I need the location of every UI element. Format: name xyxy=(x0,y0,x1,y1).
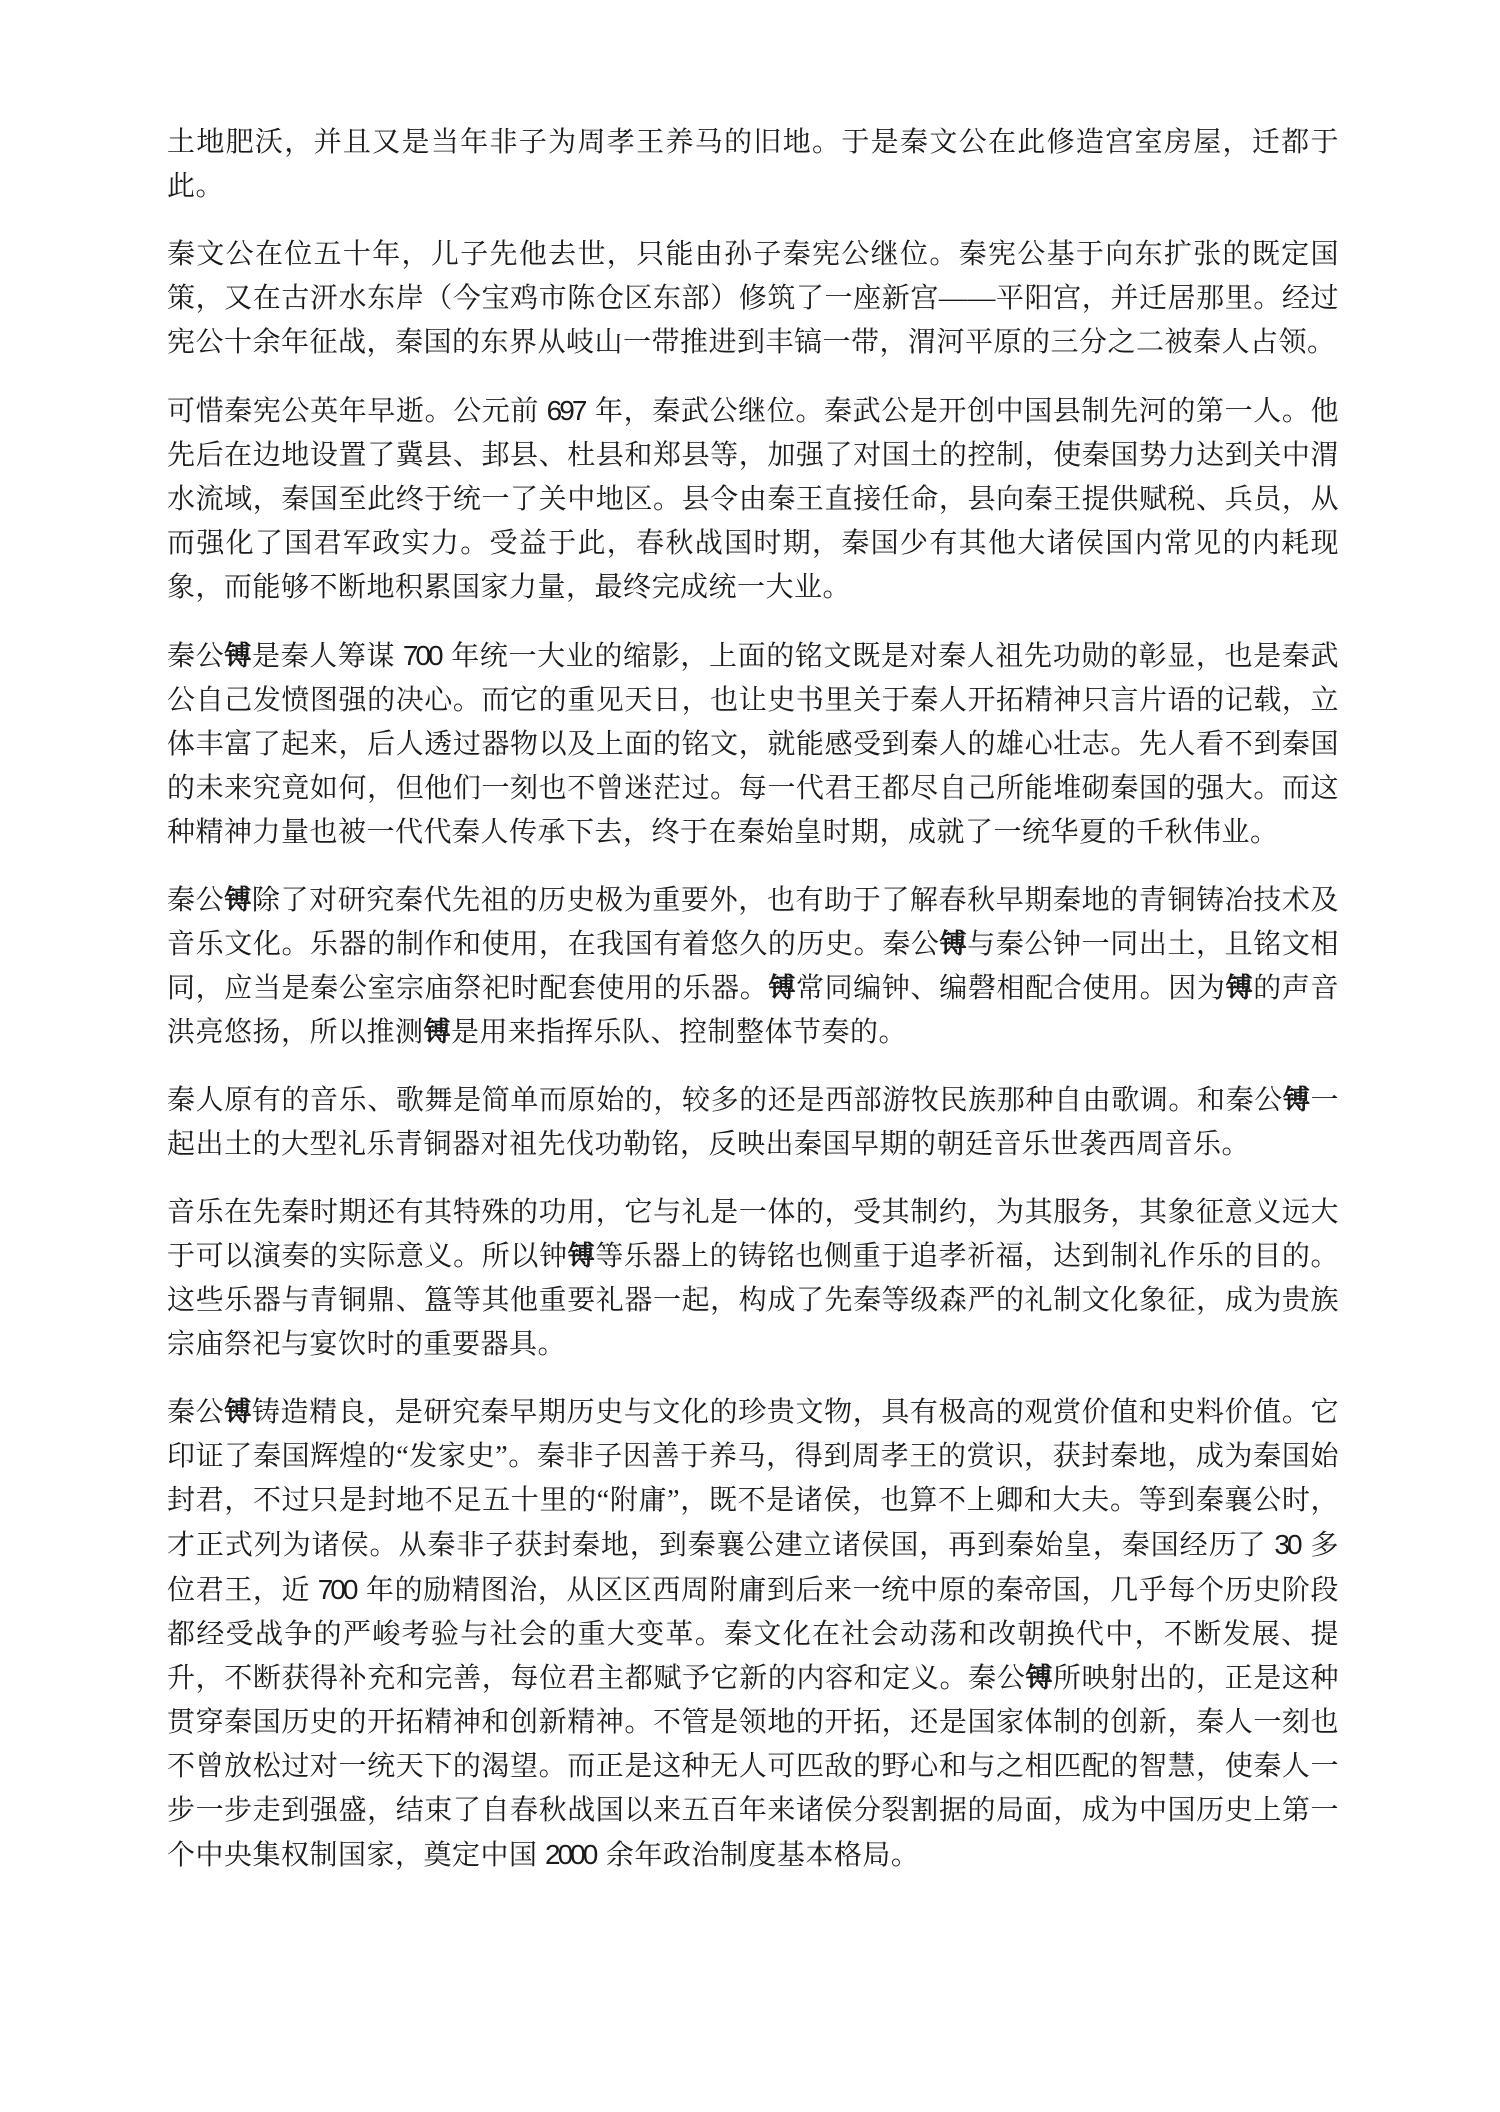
paragraph: 土地肥沃，并且又是当年非子为周孝王养马的旧地。于是秦文公在此修造宫室房屋，迁都于… xyxy=(167,121,1339,209)
paragraph: 秦公镈是秦人筹谋 700 年统一大业的缩影，上面的铭文既是对秦人祖先功勋的彰显，… xyxy=(167,634,1339,855)
paragraph: 可惜秦宪公英年早逝。公元前 697 年，秦武公继位。秦武公是开创中国县制先河的第… xyxy=(167,389,1339,610)
document-page: 土地肥沃，并且又是当年非子为周孝王养马的旧地。于是秦文公在此修造宫室房屋，迁都于… xyxy=(0,0,1500,2112)
paragraph: 秦公镈铸造精良，是研究秦早期历史与文化的珍贵文物，具有极高的观赏价值和史料价值。… xyxy=(167,1391,1339,1878)
paragraph: 秦人原有的音乐、歌舞是简单而原始的，较多的还是西部游牧民族那种自由歌调。和秦公镈… xyxy=(167,1079,1339,1167)
paragraph: 秦文公在位五十年，儿子先他去世，只能由孙子秦宪公继位。秦宪公基于向东扩张的既定国… xyxy=(167,233,1339,365)
document-body: 土地肥沃，并且又是当年非子为周孝王养马的旧地。于是秦文公在此修造宫室房屋，迁都于… xyxy=(167,121,1339,1902)
paragraph: 秦公镈除了对研究秦代先祖的历史极为重要外，也有助于了解春秋早期秦地的青铜铸冶技术… xyxy=(167,879,1339,1055)
paragraph: 音乐在先秦时期还有其特殊的功用，它与礼是一体的，受其制约，为其服务，其象征意义远… xyxy=(167,1191,1339,1367)
